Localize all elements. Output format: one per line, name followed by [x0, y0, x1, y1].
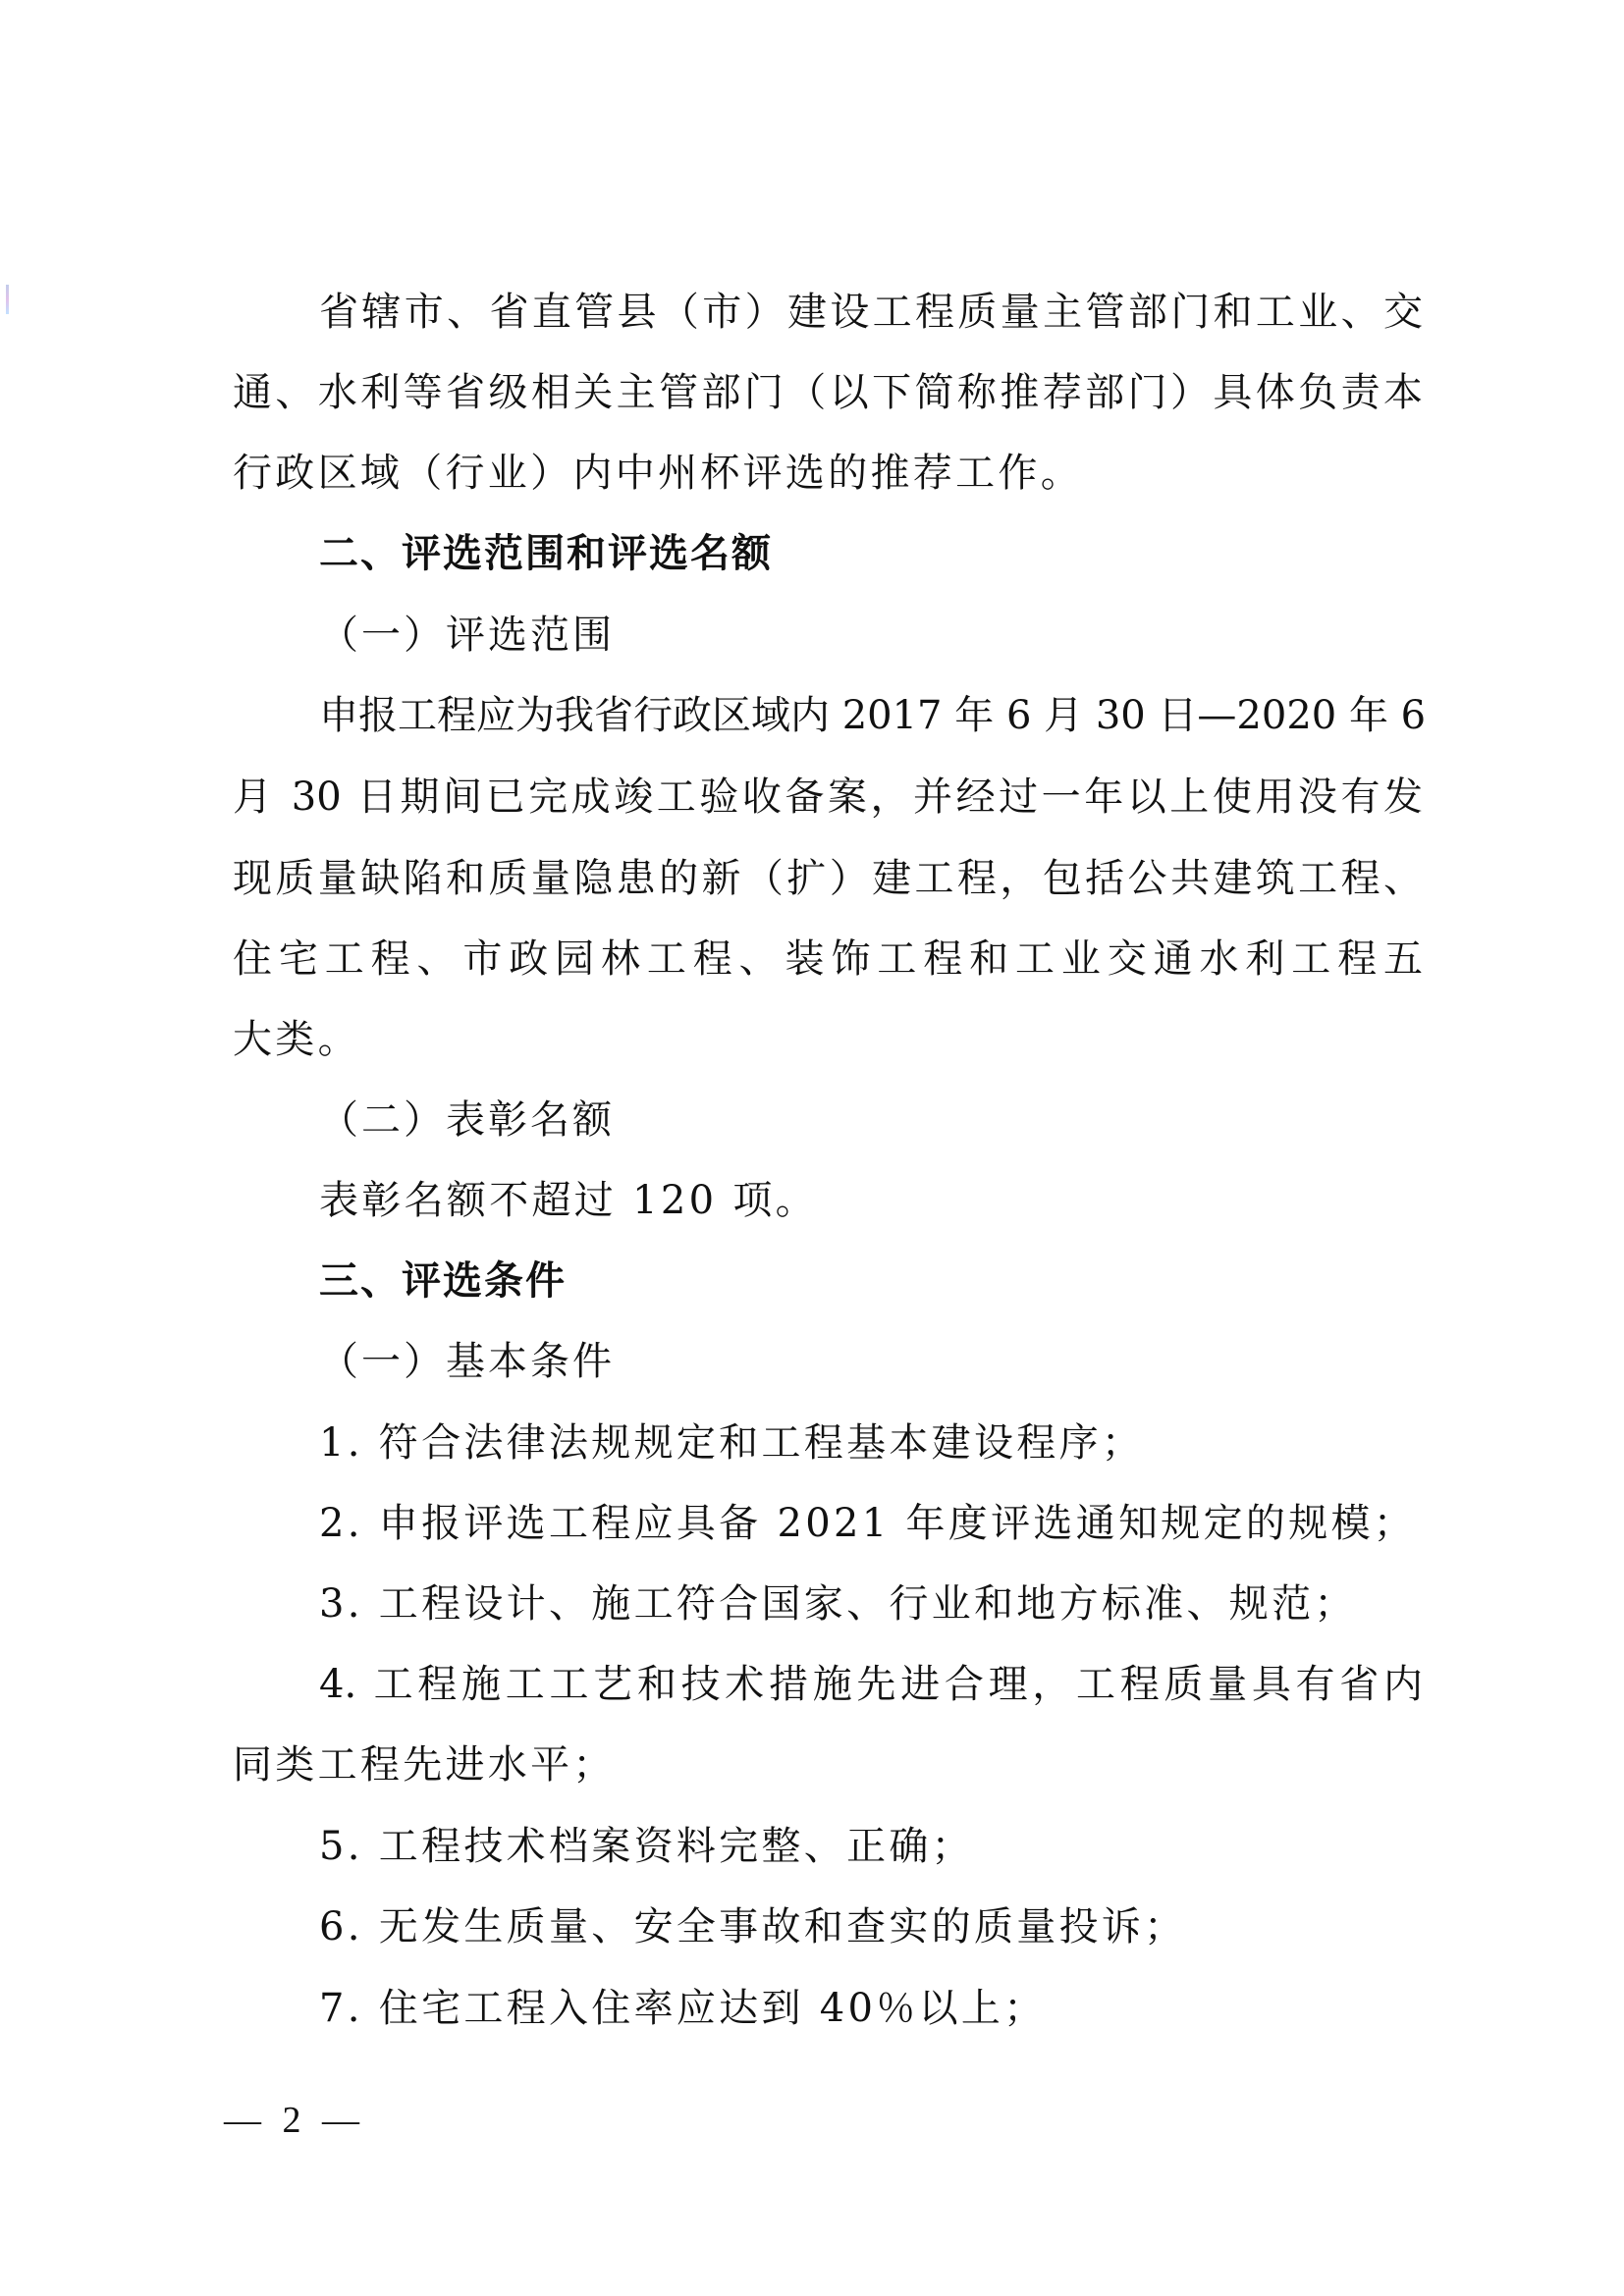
- paragraph-line: 省辖市、省直管县（市）建设工程质量主管部门和工业、交: [319, 283, 1423, 342]
- list-item: 2. 申报评选工程应具备 2021 年度评选通知规定的规模；: [319, 1494, 1423, 1553]
- page-number: — 2 —: [224, 2096, 365, 2145]
- scan-artifact: [6, 285, 9, 314]
- list-item: 5. 工程技术档案资料完整、正确；: [319, 1817, 1423, 1876]
- subsection-heading: （二）表彰名额: [319, 1091, 1423, 1149]
- subsection-heading: （一）评选范围: [319, 606, 1423, 665]
- paragraph-line: 表彰名额不超过 120 项。: [319, 1171, 1423, 1230]
- list-item: 3. 工程设计、施工符合国家、行业和地方标准、规范；: [319, 1575, 1423, 1633]
- list-item: 7. 住宅工程入住率应达到 40％以上；: [319, 1979, 1423, 2038]
- list-item-continuation: 同类工程先进水平；: [233, 1735, 1423, 1794]
- paragraph-line: 行政区域（行业）内中州杯评选的推荐工作。: [233, 444, 1423, 503]
- section-heading: 二、评选范围和评选名额: [319, 524, 1423, 583]
- paragraph-line: 月 30 日期间已完成竣工验收备案，并经过一年以上使用没有发: [233, 768, 1423, 827]
- list-item: 4. 工程施工工艺和技术措施先进合理，工程质量具有省内: [319, 1655, 1423, 1714]
- paragraph-line: 现质量缺陷和质量隐患的新（扩）建工程，包括公共建筑工程、: [233, 849, 1423, 908]
- list-item: 6. 无发生质量、安全事故和查实的质量投诉；: [319, 1897, 1423, 1956]
- subsection-heading: （一）基本条件: [319, 1332, 1423, 1391]
- paragraph-line: 住宅工程、市政园林工程、装饰工程和工业交通水利工程五: [233, 930, 1423, 988]
- paragraph-line: 通、水利等省级相关主管部门（以下简称推荐部门）具体负责本: [233, 363, 1423, 422]
- paragraph-line: 大类。: [233, 1010, 1423, 1069]
- section-heading: 三、评选条件: [319, 1252, 1423, 1310]
- paragraph-line: 申报工程应为我省行政区域内 2017 年 6 月 30 日—2020 年 6: [319, 686, 1423, 745]
- list-item: 1. 符合法律法规规定和工程基本建设程序；: [319, 1414, 1423, 1472]
- document-page: 省辖市、省直管县（市）建设工程质量主管部门和工业、交 通、水利等省级相关主管部门…: [0, 0, 1624, 2296]
